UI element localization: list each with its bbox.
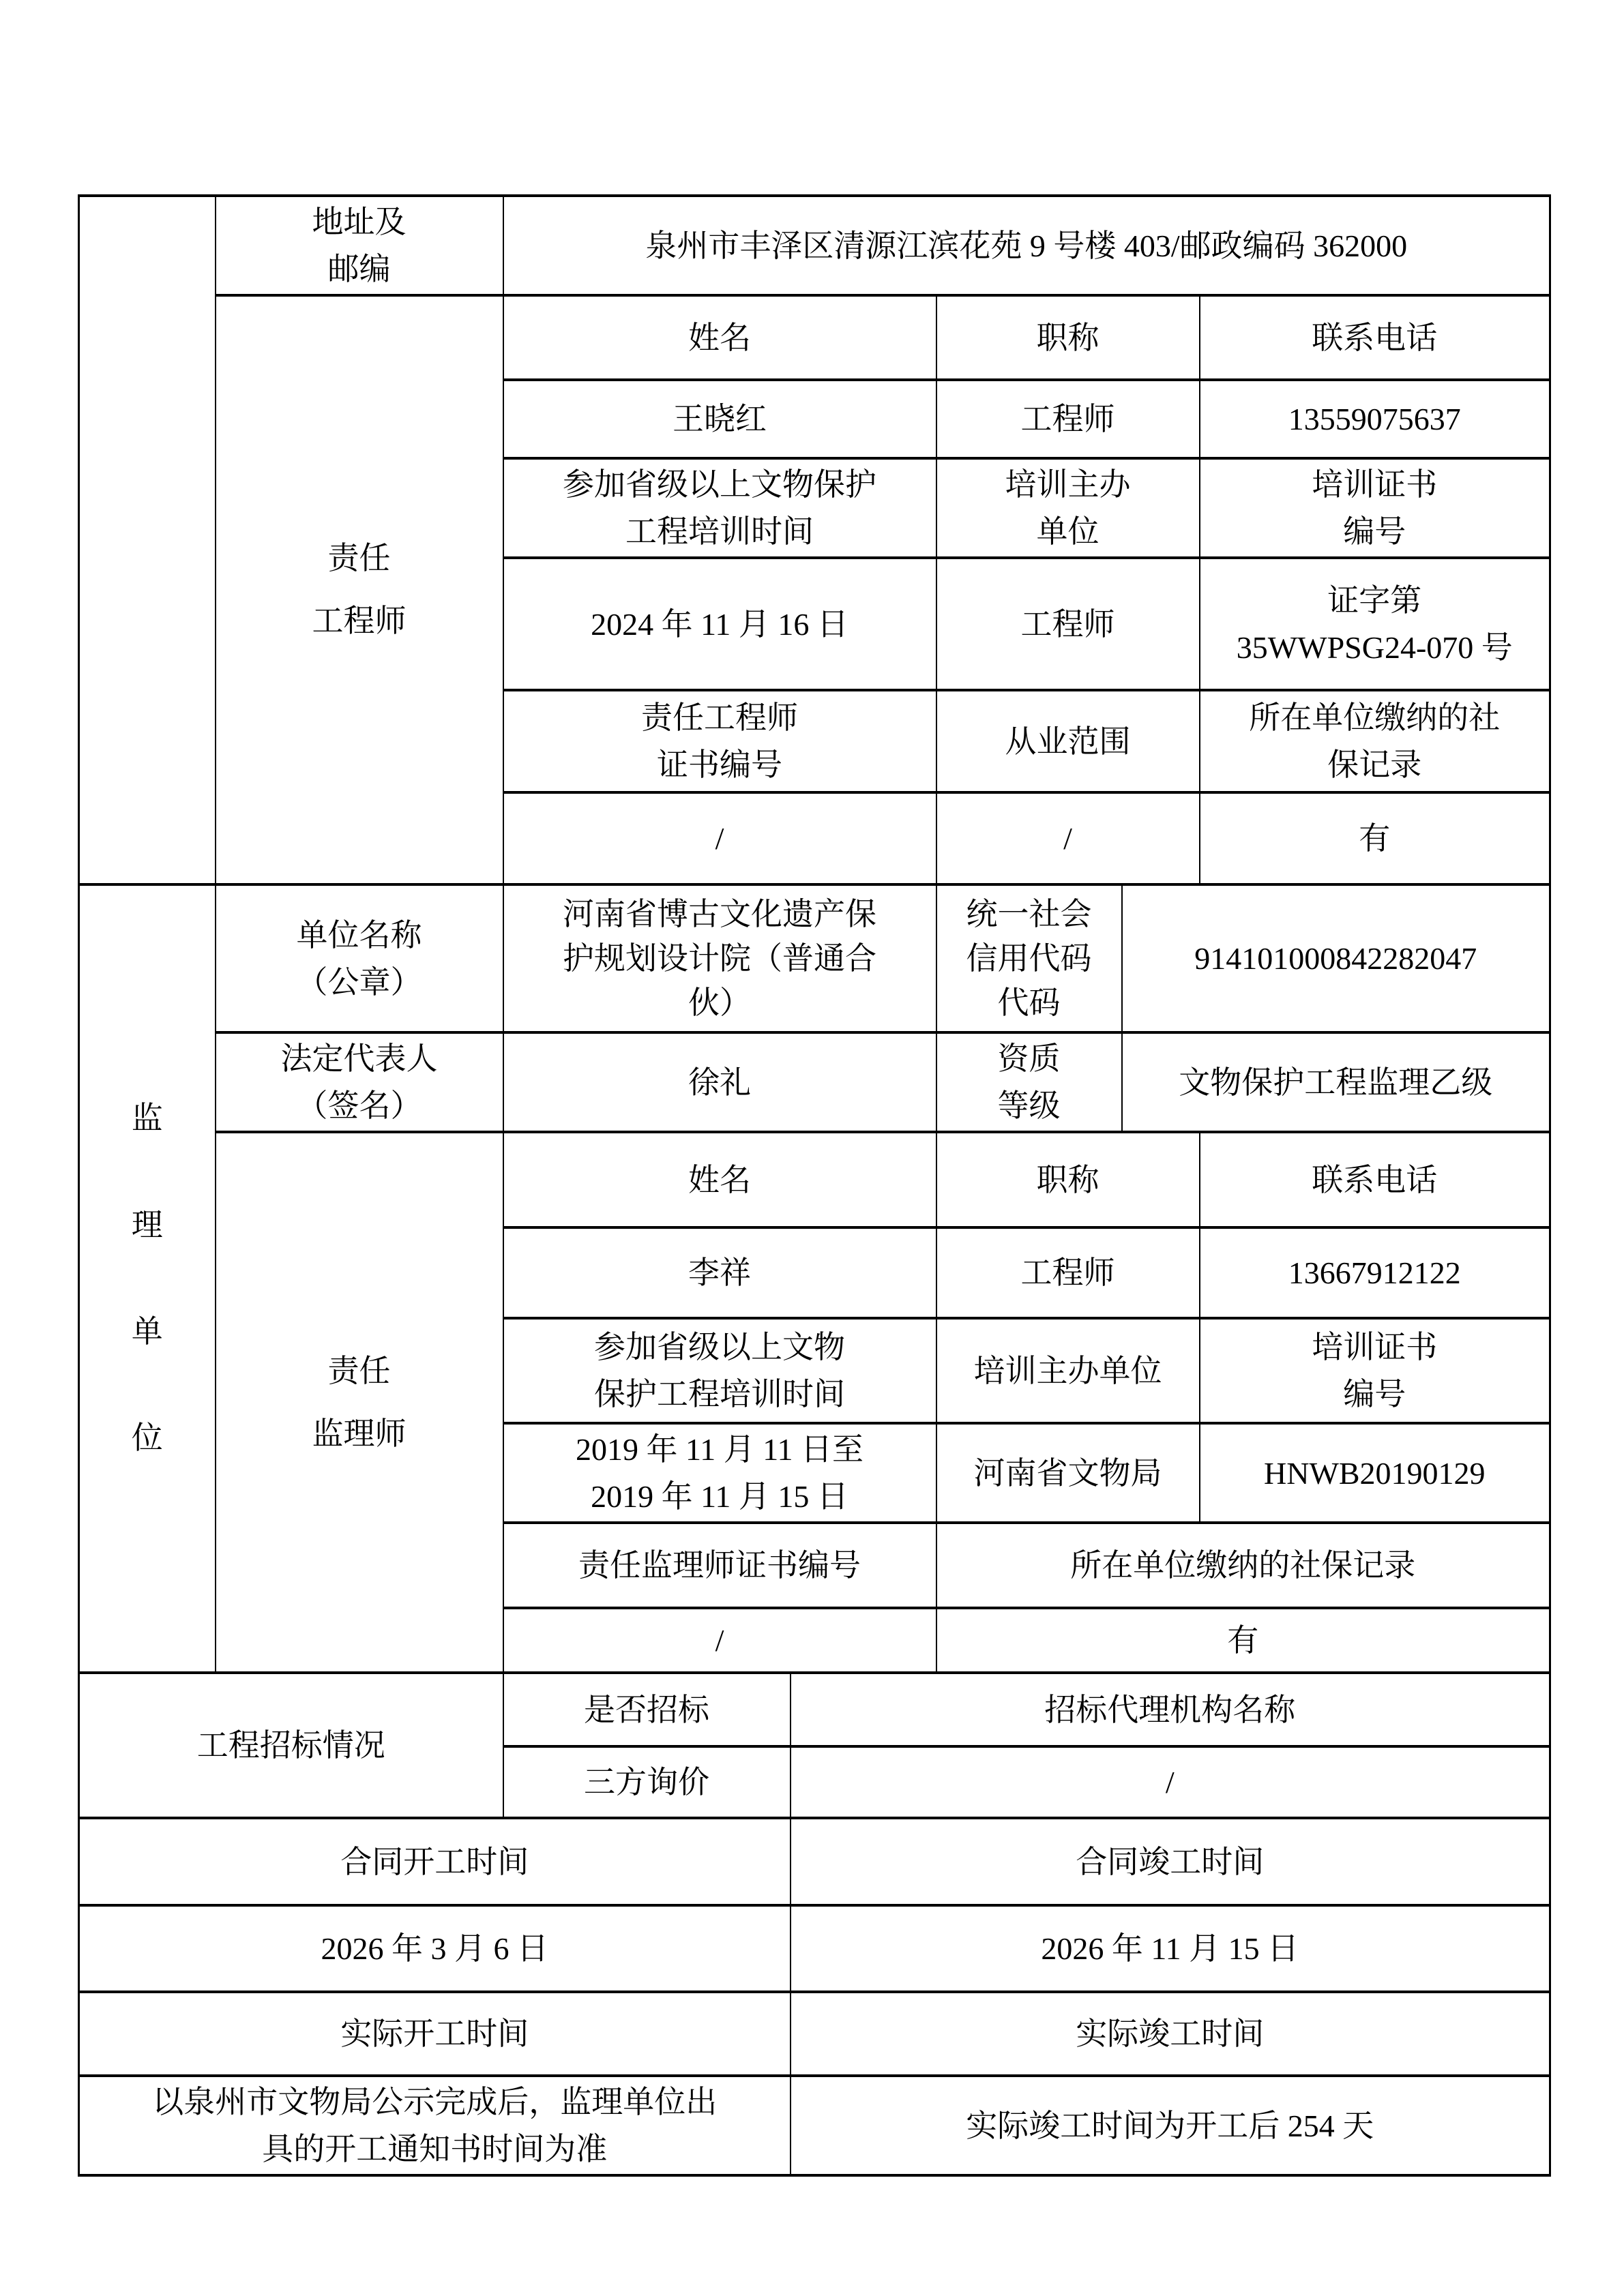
engineer-name-header: 姓名 [503, 295, 936, 380]
credit-code-value: 914101000842282047 [1122, 884, 1550, 1032]
engineer-training-cert-header: 培训证书 编号 [1200, 458, 1550, 558]
bidding-agency-value: / [791, 1746, 1550, 1818]
engineer-phone-value: 13559075637 [1200, 380, 1550, 458]
qualification-value: 文物保护工程监理乙级 [1122, 1032, 1550, 1132]
contract-finish-value: 2026 年 11 月 15 日 [791, 1905, 1550, 1992]
contract-start-label: 合同开工时间 [79, 1818, 791, 1905]
engineer-training-organizer-header: 培训主办 单位 [936, 458, 1200, 558]
engineer-title-value: 工程师 [936, 380, 1200, 458]
engineer-training-time-header: 参加省级以上文物保护 工程培训时间 [503, 458, 936, 558]
actual-start-value: 以泉州市文物局公示完成后，监理单位出 具的开工通知书时间为准 [79, 2076, 791, 2175]
supervisor-title-value: 工程师 [936, 1227, 1200, 1318]
supervisor-training-cert-value: HNWB20190129 [1200, 1423, 1550, 1523]
document-page: 地址及 邮编 泉州市丰泽区清源江滨花苑 9 号楼 403/邮政编码 362000… [0, 0, 1624, 2296]
supervisor-phone-header: 联系电话 [1200, 1132, 1550, 1227]
credit-code-label: 统一社会 信用代码 代码 [936, 884, 1122, 1032]
supervisor-name-value: 李祥 [503, 1227, 936, 1318]
engineer-title-header: 职称 [936, 295, 1200, 380]
is-bidding-value: 三方询价 [503, 1746, 791, 1818]
supervisor-cert-no-header: 责任监理师证书编号 [503, 1523, 936, 1608]
unit-name-label: 单位名称 （公章） [216, 884, 503, 1032]
actual-finish-label: 实际竣工时间 [791, 1992, 1550, 2076]
actual-start-label: 实际开工时间 [79, 1992, 791, 2076]
prior-section-label-empty [79, 196, 216, 884]
supervisor-training-organizer-value: 河南省文物局 [936, 1423, 1200, 1523]
supervisor-name-header: 姓名 [503, 1132, 936, 1227]
engineer-training-cert-value: 证字第 35WWPSG24-070 号 [1200, 558, 1550, 690]
engineer-scope-value: / [936, 792, 1200, 884]
engineer-training-time-value: 2024 年 11 月 16 日 [503, 558, 936, 690]
supervisor-title-header: 职称 [936, 1132, 1200, 1227]
supervision-unit-section-label: 监 理 单 位 [79, 884, 216, 1673]
supervision-registration-table: 地址及 邮编 泉州市丰泽区清源江滨花苑 9 号楼 403/邮政编码 362000… [78, 194, 1551, 2177]
supervisor-cert-no-value: / [503, 1608, 936, 1673]
is-bidding-label: 是否招标 [503, 1673, 791, 1746]
legal-rep-label: 法定代表人 （签名） [216, 1032, 503, 1132]
engineer-cert-no-value: / [503, 792, 936, 884]
qualification-label: 资质 等级 [936, 1032, 1122, 1132]
responsible-engineer-group-label: 责任 工程师 [216, 295, 503, 884]
engineer-training-organizer-value: 工程师 [936, 558, 1200, 690]
engineer-name-value: 王晓红 [503, 380, 936, 458]
supervisor-training-time-value: 2019 年 11 月 11 日至 2019 年 11 月 15 日 [503, 1423, 936, 1523]
supervisor-training-cert-header: 培训证书 编号 [1200, 1318, 1550, 1423]
address-value: 泉州市丰泽区清源江滨花苑 9 号楼 403/邮政编码 362000 [503, 196, 1550, 295]
contract-finish-label: 合同竣工时间 [791, 1818, 1550, 1905]
legal-rep-value: 徐礼 [503, 1032, 936, 1132]
unit-name-value: 河南省博古文化遗产保 护规划设计院（普通合 伙） [503, 884, 936, 1032]
engineer-cert-no-header: 责任工程师 证书编号 [503, 690, 936, 792]
supervisor-training-organizer-header: 培训主办单位 [936, 1318, 1200, 1423]
supervisor-social-value: 有 [936, 1608, 1550, 1673]
contract-start-value: 2026 年 3 月 6 日 [79, 1905, 791, 1992]
engineer-phone-header: 联系电话 [1200, 295, 1550, 380]
supervisor-phone-value: 13667912122 [1200, 1227, 1550, 1318]
bidding-agency-label: 招标代理机构名称 [791, 1673, 1550, 1746]
engineer-social-value: 有 [1200, 792, 1550, 884]
address-label: 地址及 邮编 [216, 196, 503, 295]
bidding-section-label: 工程招标情况 [79, 1673, 503, 1818]
responsible-supervisor-group-label: 责任 监理师 [216, 1132, 503, 1673]
engineer-social-header: 所在单位缴纳的社 保记录 [1200, 690, 1550, 792]
actual-finish-value: 实际竣工时间为开工后 254 天 [791, 2076, 1550, 2175]
engineer-scope-header: 从业范围 [936, 690, 1200, 792]
supervisor-social-header: 所在单位缴纳的社保记录 [936, 1523, 1550, 1608]
supervisor-training-time-header: 参加省级以上文物 保护工程培训时间 [503, 1318, 936, 1423]
